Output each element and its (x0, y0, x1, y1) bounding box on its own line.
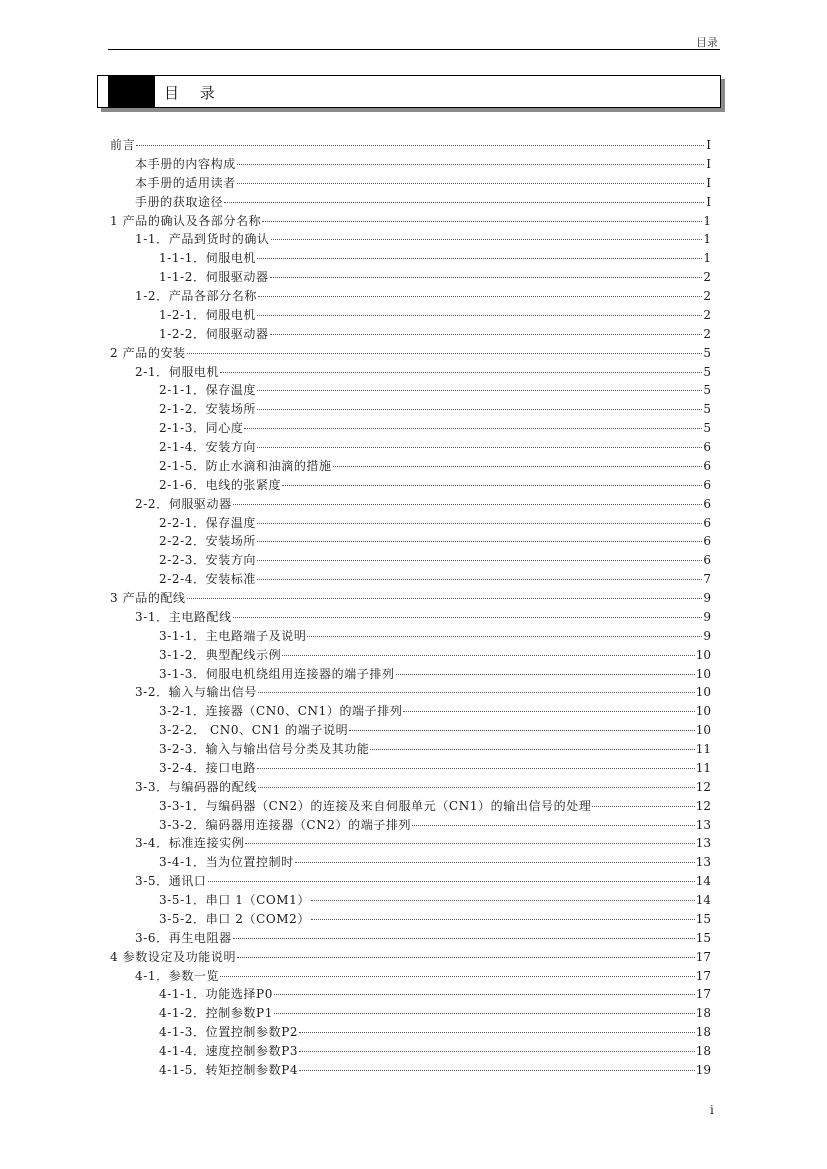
toc-entry-label: 3-5．通讯口 (135, 872, 207, 891)
toc-entry[interactable]: 4-1-5．转矩控制参数P419 (110, 1061, 711, 1080)
toc-entry[interactable]: 2-2．伺服驱动器6 (110, 495, 711, 514)
toc-entry-page: I (705, 155, 711, 174)
toc-entry[interactable]: 4-1-3．位置控制参数P218 (110, 1023, 711, 1042)
toc-entry-page: 6 (703, 551, 711, 570)
toc-entry-page: 2 (703, 325, 711, 344)
dot-leader (333, 466, 703, 467)
toc-entry-page: 2 (703, 287, 711, 306)
toc-title-box: 目 录 (97, 75, 721, 108)
toc-entry-page: I (705, 193, 711, 212)
toc-entry-label: 4 参数设定及功能说明 (110, 948, 236, 967)
dot-leader (237, 164, 704, 165)
toc-entry-page: 5 (703, 419, 711, 438)
toc-entry-label: 4-1-3．位置控制参数P2 (159, 1023, 298, 1042)
toc-entry-page: 10 (696, 646, 711, 665)
toc-entry[interactable]: 前言I (110, 136, 711, 155)
toc-entry-page: 17 (696, 948, 711, 967)
dot-leader (136, 145, 704, 146)
dot-leader (257, 560, 702, 561)
toc-entry[interactable]: 2-1-4．安装方向6 (110, 438, 711, 457)
dot-leader (257, 768, 695, 769)
toc-entry-page: 13 (696, 834, 711, 853)
toc-entry[interactable]: 3-3-1．与编码器（CN2）的连接及来自伺服单元（CN1）的输出信号的处理12 (110, 797, 711, 816)
toc-entry[interactable]: 4-1-1．功能选择P017 (110, 985, 711, 1004)
dot-leader (299, 1032, 695, 1033)
toc-entry[interactable]: 3-4．标准连接实例13 (110, 834, 711, 853)
toc-entry[interactable]: 手册的获取途径I (110, 193, 711, 212)
toc-entry-label: 2-1-4．安装方向 (159, 438, 256, 457)
toc-entry[interactable]: 2-2-1．保存温度6 (110, 514, 711, 533)
toc-entry-page: 6 (703, 514, 711, 533)
toc-entry-label: 3-3．与编码器的配线 (135, 778, 257, 797)
toc-entry-label: 2-1-6．电线的张紧度 (159, 476, 281, 495)
toc-entry-label: 本手册的内容构成 (135, 155, 236, 174)
dot-leader (233, 504, 703, 505)
dot-leader (282, 655, 695, 656)
toc-entry-page: 2 (703, 268, 711, 287)
dot-leader (370, 749, 694, 750)
toc-entry-page: 5 (703, 363, 711, 382)
dot-leader (592, 806, 694, 807)
toc-entry[interactable]: 2-1-2．安装场所5 (110, 400, 711, 419)
running-header-title: 目录 (696, 34, 718, 50)
title-black-block (108, 76, 155, 107)
toc-entry-page: 13 (696, 816, 711, 835)
toc-entry-page: 10 (696, 702, 711, 721)
toc-entry-page: 5 (703, 400, 711, 419)
toc-entry-label: 1-1-2．伺服驱动器 (159, 268, 269, 287)
toc-entry-page: 6 (703, 495, 711, 514)
toc-entry-label: 1-2-1．伺服电机 (159, 306, 256, 325)
toc-entry[interactable]: 1-2-2．伺服驱动器2 (110, 325, 711, 344)
running-header: 目录 (108, 33, 720, 50)
toc-entry-page: 9 (703, 608, 711, 627)
dot-leader (270, 277, 703, 278)
toc-entry-label: 3-2．输入与输出信号 (135, 683, 257, 702)
toc-entry[interactable]: 2-1．伺服电机5 (110, 363, 711, 382)
toc-entry[interactable]: 3 产品的配线9 (110, 589, 711, 608)
toc-entry[interactable]: 3-2．输入与输出信号10 (110, 683, 711, 702)
toc-entry-page: 12 (696, 797, 711, 816)
toc-entry[interactable]: 3-3．与编码器的配线12 (110, 778, 711, 797)
toc-entry[interactable]: 1-2-1．伺服电机2 (110, 306, 711, 325)
dot-leader (274, 994, 695, 995)
toc-entry[interactable]: 3-5-1．串口 1（COM1）14 (110, 891, 711, 910)
toc-entry-label: 1 产品的确认及各部分名称 (110, 212, 261, 231)
toc-entry-label: 1-2．产品各部分名称 (135, 287, 257, 306)
toc-entry[interactable]: 3-1-1．主电路端子及说明9 (110, 627, 711, 646)
toc-entry-page: 6 (703, 476, 711, 495)
toc-entry-label: 3-1．主电路配线 (135, 608, 232, 627)
toc-entry-page: 5 (703, 344, 711, 363)
toc-entry-label: 3-2-1．连接器（CN0、CN1）的端子排列 (159, 702, 402, 721)
toc-entry-page: 10 (696, 683, 711, 702)
toc-entry-label: 前言 (110, 136, 135, 155)
toc-entry-page: 18 (696, 1023, 711, 1042)
toc-entry-page: 1 (703, 212, 711, 231)
toc-entry-page: 1 (703, 230, 711, 249)
toc-entry-label: 2-1．伺服电机 (135, 363, 219, 382)
toc-entry-page: 13 (696, 853, 711, 872)
toc-entry-label: 3-1-2．典型配线示例 (159, 646, 281, 665)
toc-entry-page: 17 (696, 967, 711, 986)
toc-entry-label: 手册的获取途径 (135, 193, 223, 212)
dot-leader (224, 202, 704, 203)
toc-entry-page: 10 (696, 665, 711, 684)
dot-leader (245, 843, 694, 844)
toc-entry-label: 3-4-1．当为位置控制时 (159, 853, 294, 872)
toc-entry-label: 1-1．产品到货时的确认 (135, 230, 270, 249)
dot-leader (233, 617, 703, 618)
toc-entry-page: 15 (696, 929, 711, 948)
dot-leader (274, 1013, 695, 1014)
toc-entry[interactable]: 3-1．主电路配线9 (110, 608, 711, 627)
toc-entry-page: 17 (696, 985, 711, 1004)
dot-leader (270, 334, 703, 335)
toc-entry[interactable]: 4-1-4．速度控制参数P318 (110, 1042, 711, 1061)
toc-entry-label: 3-3-2．编码器用连接器（CN2）的端子排列 (159, 816, 411, 835)
toc-entry-page: 2 (703, 306, 711, 325)
dot-leader (257, 579, 702, 580)
toc-entry-page: 12 (696, 778, 711, 797)
dot-leader (220, 976, 695, 977)
toc-entry[interactable]: 2-1-5．防止水滴和油滴的措施6 (110, 457, 711, 476)
toc-entry-label: 4-1-1．功能选择P0 (159, 985, 273, 1004)
toc-entry-label: 3-5-1．串口 1（COM1） (159, 891, 310, 910)
dot-leader (257, 409, 702, 410)
toc-entry-label: 2-1-5．防止水滴和油滴的措施 (159, 457, 332, 476)
toc-entry-page: 11 (696, 759, 711, 778)
toc-entry-label: 3-2-3．输入与输出信号分类及其功能 (159, 740, 369, 759)
toc-entry-label: 3-4．标准连接实例 (135, 834, 244, 853)
dot-leader (258, 296, 702, 297)
toc-entry[interactable]: 4-1．参数一览17 (110, 967, 711, 986)
toc-entry-label: 3-2-4．接口电路 (159, 759, 256, 778)
dot-leader (311, 900, 695, 901)
toc-entry[interactable]: 1-1．产品到货时的确认1 (110, 230, 711, 249)
dot-leader (237, 957, 695, 958)
toc-entry[interactable]: 2-1-1．保存温度5 (110, 381, 711, 400)
toc-entry-page: 9 (703, 627, 711, 646)
toc-entry-label: 3-2-2． CN0、CN1 的端子说明 (159, 721, 348, 740)
dot-leader (237, 183, 704, 184)
toc-entry-page: 14 (696, 891, 711, 910)
toc-entry-label: 4-1．参数一览 (135, 967, 219, 986)
toc-entry[interactable]: 1-1-1．伺服电机1 (110, 249, 711, 268)
toc-entry[interactable]: 3-1-2．典型配线示例10 (110, 646, 711, 665)
dot-leader (403, 711, 694, 712)
toc-entry[interactable]: 1-1-2．伺服驱动器2 (110, 268, 711, 287)
dot-leader (412, 825, 695, 826)
toc-entry[interactable]: 3-2-3．输入与输出信号分类及其功能11 (110, 740, 711, 759)
toc-entry-label: 2-1-3．同心度 (159, 419, 243, 438)
dot-leader (299, 1070, 695, 1071)
toc-entry[interactable]: 3-2-1．连接器（CN0、CN1）的端子排列10 (110, 702, 711, 721)
toc-entry[interactable]: 3-2-4．接口电路11 (110, 759, 711, 778)
toc-entry[interactable]: 4-1-2．控制参数P118 (110, 1004, 711, 1023)
toc-entry[interactable]: 3-1-3．伺服电机绕组用连接器的端子排列10 (110, 665, 711, 684)
toc-entry-label: 3-6．再生电阻器 (135, 929, 232, 948)
toc-entry-label: 3-5-2．串口 2（COM2） (159, 910, 310, 929)
toc-entry-label: 2 产品的安装 (110, 344, 186, 363)
toc-entry[interactable]: 3-6．再生电阻器15 (110, 929, 711, 948)
toc-entry-page: 10 (696, 721, 711, 740)
dot-leader (311, 919, 695, 920)
toc-entry-page: 18 (696, 1004, 711, 1023)
toc-entry-label: 2-2-3．安装方向 (159, 551, 256, 570)
toc-entry-label: 2-1-2．安装场所 (159, 400, 256, 419)
toc-entry-page: 11 (696, 740, 711, 759)
toc-entry[interactable]: 2-2-2．安装场所6 (110, 532, 711, 551)
toc-entry-page: 15 (696, 910, 711, 929)
dot-leader (258, 787, 695, 788)
toc-entry-page: 6 (703, 438, 711, 457)
dot-leader (299, 1051, 695, 1052)
toc-entry-page: 1 (703, 249, 711, 268)
toc-entry[interactable]: 3-2-2． CN0、CN1 的端子说明10 (110, 721, 711, 740)
page-title: 目 录 (164, 82, 223, 103)
toc-entry-label: 本手册的适用读者 (135, 174, 236, 193)
dot-leader (187, 353, 703, 354)
toc-entry[interactable]: 3-4-1．当为位置控制时13 (110, 853, 711, 872)
dot-leader (257, 541, 702, 542)
toc-entry-label: 4-1-5．转矩控制参数P4 (159, 1061, 298, 1080)
dot-leader (258, 692, 695, 693)
table-of-contents: 前言I本手册的内容构成I本手册的适用读者I手册的获取途径I1 产品的确认及各部分… (110, 136, 711, 1080)
toc-entry-label: 3-3-1．与编码器（CN2）的连接及来自伺服单元（CN1）的输出信号的处理 (159, 797, 591, 816)
toc-entry-label: 1-2-2．伺服驱动器 (159, 325, 269, 344)
toc-entry-label: 2-1-1．保存温度 (159, 381, 256, 400)
toc-entry-page: 7 (703, 570, 711, 589)
toc-entry-label: 2-2．伺服驱动器 (135, 495, 232, 514)
toc-entry-label: 2-2-4．安装标准 (159, 570, 256, 589)
toc-entry-label: 2-2-1．保存温度 (159, 514, 256, 533)
toc-entry[interactable]: 本手册的适用读者I (110, 174, 711, 193)
dot-leader (349, 730, 694, 731)
dot-leader (257, 315, 702, 316)
toc-entry[interactable]: 3-5-2．串口 2（COM2）15 (110, 910, 711, 929)
toc-entry-label: 1-1-1．伺服电机 (159, 249, 256, 268)
toc-entry-page: 6 (703, 457, 711, 476)
toc-entry-label: 2-2-2．安装场所 (159, 532, 256, 551)
toc-entry-page: 19 (696, 1061, 711, 1080)
dot-leader (307, 636, 702, 637)
toc-entry[interactable]: 1-2．产品各部分名称2 (110, 287, 711, 306)
dot-leader (257, 447, 702, 448)
toc-entry[interactable]: 1 产品的确认及各部分名称1 (110, 212, 711, 231)
toc-entry[interactable]: 2-2-4．安装标准7 (110, 570, 711, 589)
toc-entry-label: 3 产品的配线 (110, 589, 186, 608)
dot-leader (257, 523, 702, 524)
toc-entry-label: 4-1-4．速度控制参数P3 (159, 1042, 298, 1061)
toc-entry[interactable]: 2-2-3．安装方向6 (110, 551, 711, 570)
dot-leader (208, 881, 695, 882)
dot-leader (257, 258, 702, 259)
dot-leader (233, 938, 695, 939)
dot-leader (220, 372, 702, 373)
dot-leader (244, 428, 702, 429)
toc-entry[interactable]: 本手册的内容构成I (110, 155, 711, 174)
toc-entry[interactable]: 3-3-2．编码器用连接器（CN2）的端子排列13 (110, 816, 711, 835)
toc-entry-page: 6 (703, 532, 711, 551)
dot-leader (396, 674, 695, 675)
toc-entry-page: 14 (696, 872, 711, 891)
toc-entry-label: 4-1-2．控制参数P1 (159, 1004, 273, 1023)
toc-entry-page: I (705, 174, 711, 193)
toc-entry[interactable]: 2-1-6．电线的张紧度6 (110, 476, 711, 495)
toc-entry[interactable]: 3-5．通讯口14 (110, 872, 711, 891)
dot-leader (187, 598, 703, 599)
dot-leader (271, 239, 703, 240)
dot-leader (295, 862, 695, 863)
dot-leader (257, 390, 702, 391)
toc-entry-page: 9 (703, 589, 711, 608)
toc-entry[interactable]: 2-1-3．同心度5 (110, 419, 711, 438)
toc-entry-label: 3-1-3．伺服电机绕组用连接器的端子排列 (159, 665, 395, 684)
toc-entry-page: 5 (703, 381, 711, 400)
toc-entry-page: 18 (696, 1042, 711, 1061)
toc-entry-page: I (705, 136, 711, 155)
toc-entry[interactable]: 2 产品的安装5 (110, 344, 711, 363)
toc-entry[interactable]: 4 参数设定及功能说明17 (110, 948, 711, 967)
dot-leader (282, 485, 702, 486)
dot-leader (262, 221, 702, 222)
toc-entry-label: 3-1-1．主电路端子及说明 (159, 627, 306, 646)
page-number: i (710, 1103, 714, 1117)
